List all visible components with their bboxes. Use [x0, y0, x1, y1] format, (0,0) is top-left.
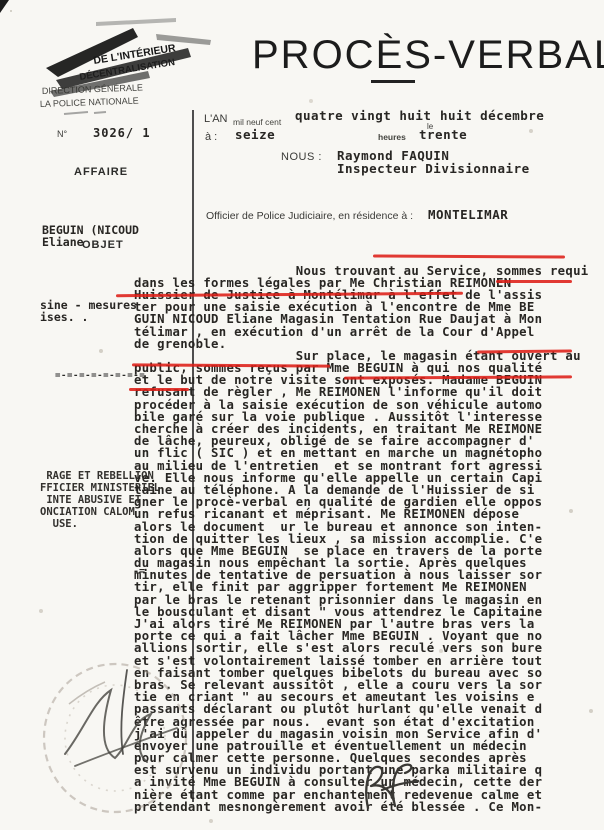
round-stamp-icon: [35, 658, 195, 823]
body-line: au milieu de l'entretien et se montrant …: [134, 460, 589, 472]
body-line: télimar , en exécution d'un arrêt de la …: [134, 326, 589, 338]
number-label: N°: [57, 129, 67, 139]
scan-corner-smudge: [0, 0, 9, 13]
red-underline-mark: [129, 388, 189, 391]
officer-title: Inspecteur Divisionnaire: [337, 161, 530, 176]
page-title: PROCÈS-VERBAL: [252, 33, 604, 78]
body-line: passants déclarant ou plutôt hurlant qu'…: [134, 703, 589, 715]
title-underline: [371, 80, 415, 83]
body-line: tir, elle finit par aggripper fortement …: [134, 581, 589, 593]
an-label: L'AN: [204, 113, 228, 125]
round-stamp: [35, 658, 195, 823]
year-typed: quatre vingt huit: [295, 108, 431, 123]
hour-typed: seize: [235, 127, 275, 142]
objet-line: ises. .: [40, 311, 137, 324]
body-line: allions sortir, elle s'est alors reculé …: [134, 642, 589, 654]
body-line: et s'est volontairement laissé tomber en…: [134, 655, 589, 667]
body-line: Nous trouvant au Service, sommes requi: [134, 265, 589, 277]
body-line: un refus ricanant et méprisant. Me REIMO…: [134, 508, 589, 520]
residence-label: Officier de Police Judiciaire, en réside…: [206, 210, 413, 222]
scan-noise: [10, 10, 12, 12]
body-text: Nous trouvant au Service, sommes requida…: [134, 228, 589, 813]
residence-value: MONTELIMAR: [428, 207, 508, 222]
date-typed: huit décembre: [440, 108, 544, 123]
red-underline-mark: [496, 280, 572, 283]
body-line: GUIN NICOUD Eliane Magasin Tentation Rue…: [134, 313, 589, 325]
affaire-label: AFFAIRE: [74, 166, 128, 178]
an-label-small: mil neuf cent: [233, 117, 281, 127]
minutes-typed: trente: [419, 127, 467, 142]
stamp-line3: DIRECTION GÉNÉRALE: [42, 82, 143, 96]
number-value: 3026/ 1: [93, 126, 151, 140]
ministry-stamp: DE L'INTÉRIEUR DÉCENTRALISATION DIRECTIO…: [36, 16, 236, 126]
stamp-ink-smear-icon: DE L'INTÉRIEUR DÉCENTRALISATION DIRECTIO…: [36, 16, 236, 126]
nous-label: NOUS :: [281, 151, 322, 163]
body-line: alors le document ur le bureau et annonc…: [134, 521, 589, 533]
signature: [352, 760, 448, 818]
a-label: à :: [205, 131, 217, 143]
handwritten-scrawl: [65, 690, 151, 762]
body-line: refusant de règler , Me REIMONEN l'infor…: [134, 386, 589, 398]
body-line: être agressée par nous. evant son état d…: [134, 716, 589, 728]
body-line: un flic ( SIC ) et en mettant en marche …: [134, 447, 589, 459]
signature-rf-icon: [352, 760, 448, 818]
heures-label: heures: [378, 132, 406, 142]
objet-label: OBJET: [82, 239, 124, 251]
proces-verbal-document: DE L'INTÉRIEUR DÉCENTRALISATION DIRECTIO…: [0, 0, 604, 830]
sidebar-separator: =-=-=-=-=-=-=-=: [55, 371, 145, 381]
stamp-line4: LA POLICE NATIONALE: [40, 96, 139, 109]
objet-value: sine - mesuresises. .: [40, 261, 137, 324]
